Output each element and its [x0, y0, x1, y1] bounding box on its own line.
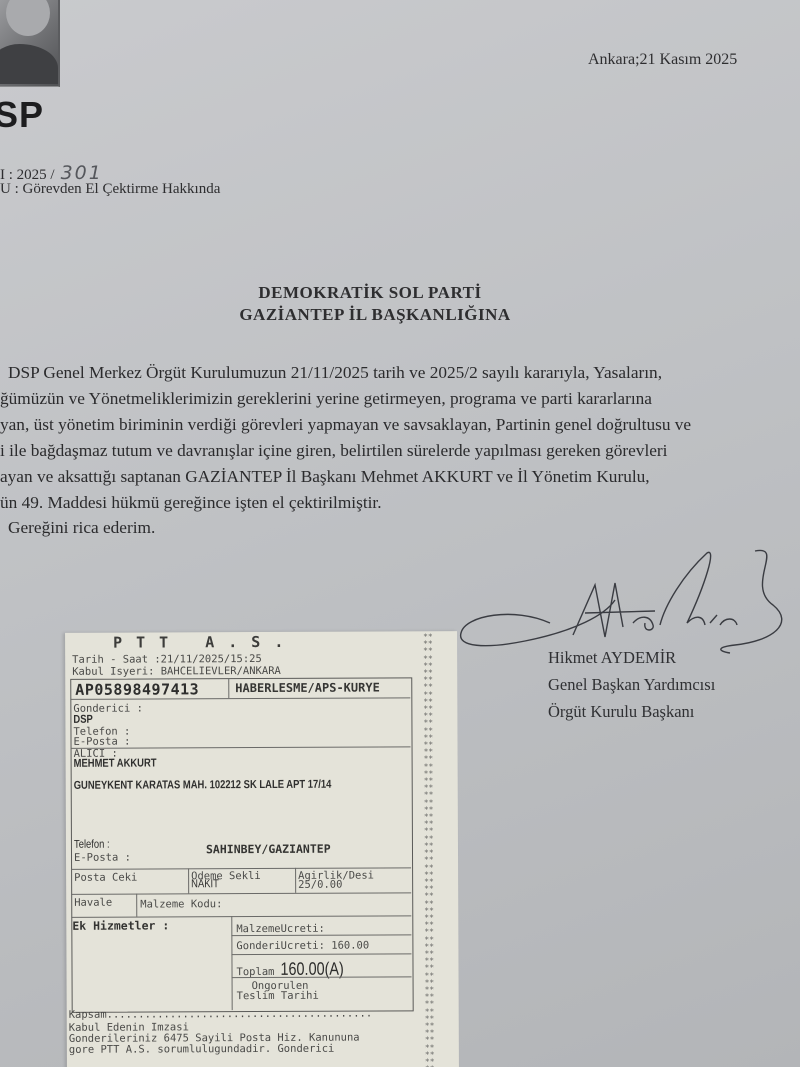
tracking-barcode: AP05898497413 — [75, 680, 199, 699]
money-order-label: Havale — [74, 897, 112, 909]
service-type: HABERLESME/APS-KURYE — [235, 680, 380, 695]
recipient-district: SAHINBEY/GAZIANTEP — [206, 842, 331, 857]
receipt-company: PTT A.S. — [113, 633, 297, 652]
party-logo-photo — [0, 0, 60, 87]
recipient-name: MEHMET AKKURT — [74, 757, 157, 769]
body-line-5: ayan ve aksattığı saptanan GAZİANTEP İl … — [0, 467, 650, 487]
addressee-office: GAZİANTEP İL BAŞKANLIĞINA — [5, 305, 745, 325]
sender-value: DSP — [73, 714, 92, 726]
recipient-address: GUNEYKENT KARATAS MAH. 102212 SK LALE AP… — [74, 779, 332, 792]
addressee-party: DEMOKRATİK SOL PARTİ — [0, 283, 740, 303]
document-date: Ankara;21 Kasım 2025 — [588, 51, 737, 69]
body-line-2: ğümüzün ve Yönetmeliklerimizin gerekleri… — [0, 389, 652, 409]
eta-label-2: Teslim Tarihi — [237, 990, 319, 1002]
recipient-phone-label: Telefon : — [74, 839, 110, 851]
payment-method-value: NAKIT — [191, 878, 219, 890]
weight-value: 25/0.00 — [298, 879, 342, 891]
sender-email-label: E-Posta : — [73, 736, 130, 748]
subject-line: U : Görevden El Çektirme Hakkında — [0, 181, 220, 198]
signatory-title-1: Genel Başkan Yardımcısı — [548, 675, 715, 695]
signatory-title-2: Örgüt Kurulu Başkanı — [548, 702, 694, 722]
shipping-fee: GonderiUcreti: 160.00 — [236, 940, 369, 953]
scope-label: Kapsam..................................… — [69, 1008, 372, 1021]
body-line-6: ün 49. Maddesi hükmü gereğince işten el … — [0, 493, 382, 513]
receipt-datetime: Tarih - Saat :21/11/2025/15:25 — [72, 653, 262, 666]
receipt-office: Kabul Isyeri: BAHCELIEVLER/ANKARA — [72, 665, 281, 678]
material-code-label: Malzeme Kodu: — [140, 898, 222, 910]
material-fee-label: MalzemeUcreti: — [236, 923, 325, 935]
signatory-name: Hikmet AYDEMİR — [548, 648, 676, 668]
body-line-3: yan, üst yönetim biriminin verdiği görev… — [0, 415, 691, 435]
recipient-email-label: E-Posta : — [74, 852, 131, 864]
perforation-edge: ****************************************… — [423, 633, 435, 1067]
body-line-1: DSP Genel Merkez Örgüt Kurulumuzun 21/11… — [8, 363, 662, 383]
body-line-4: i ile bağdaşmaz tutum ve davranışlar içi… — [0, 441, 667, 461]
handwritten-signature — [455, 545, 800, 655]
receipt-footer-2: gore PTT A.S. sorumlulugundadir. Gonderi… — [69, 1043, 335, 1056]
postal-check-label: Posta Ceki — [74, 872, 137, 884]
closing-line: Gereğini rica ederim. — [8, 518, 155, 538]
ptt-receipt: ****************************************… — [65, 631, 459, 1067]
extra-services-label: Ek Hizmetler : — [72, 918, 169, 932]
party-logo-text: SP — [0, 94, 44, 136]
